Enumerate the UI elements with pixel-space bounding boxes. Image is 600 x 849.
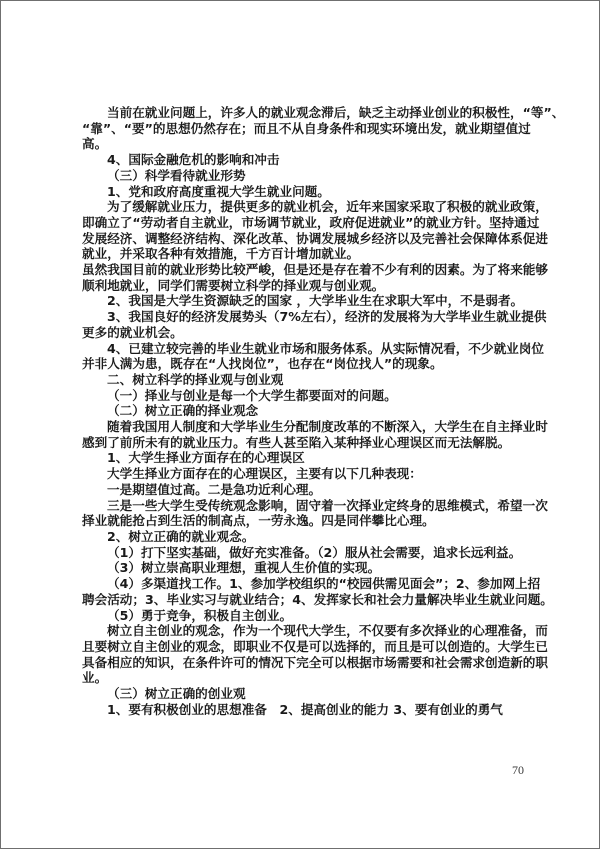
text-line: 2、我国是大学生资源缺乏的国家 ，大学毕业生在求职大军中，不是弱者。 xyxy=(82,293,528,309)
text-line: 三是一些大学生受传统观念影响，固守着一次择业定终身的思维模式，希望一次 xyxy=(82,498,528,514)
text-line: 树立自主创业的观念，作为一个现代大学生，不仅要有多次择业的心理准备，而 xyxy=(82,623,528,639)
text-line: 1、要有积极创业的思想准备 2、提高创业的能力 3、要有创业的勇气 xyxy=(82,702,528,718)
text-line: 一是期望值过高。二是急功近利心理。 xyxy=(82,482,528,498)
document-page: 当前在就业问题上，许多人的就业观念滞后，缺乏主动择业创业的积极性，“等”、“靠”… xyxy=(0,0,600,849)
text-line: 就业，并采取各种有效措施，千方百计增加就业。 xyxy=(82,246,528,262)
text-line: 4、已建立较完善的毕业生就业市场和服务体系。从实际情况看，不少就业岗位 xyxy=(82,341,528,357)
text-line: （三）科学看待就业形势 xyxy=(82,168,528,184)
text-line: 择业就能抢占到生活的制高点，一劳永逸。四是同伴攀比心理。 xyxy=(82,513,528,529)
text-line: 发展经济、调整经济结构、深化改革、协调发展城乡经济以及完善社会保障体系促进 xyxy=(82,231,528,247)
text-line: 随着我国用人制度和大学毕业生分配制度改革的不断深入，大学生在自主择业时 xyxy=(82,419,528,435)
text-line: （5）勇于竞争，积极自主创业。 xyxy=(82,608,528,624)
text-line: 并非人满为患，既存在“人找岗位”，也存在“岗位找人”的现象。 xyxy=(82,356,528,372)
text-line: 4、国际金融危机的影响和冲击 xyxy=(82,152,528,168)
text-line: （3）树立崇高职业理想，重视人生价值的实现。 xyxy=(82,560,528,576)
text-line: 聘会活动；3、毕业实习与就业结合；4、发挥家长和社会力量解决毕业生就业问题。 xyxy=(82,592,528,608)
text-line: 为了缓解就业压力，提供更多的就业机会，近年来国家采取了积极的就业政策， xyxy=(82,199,528,215)
text-line: （1）打下坚实基础，做好充实准备。（2）服从社会需要，追求长远利益。 xyxy=(82,545,528,561)
text-line: 1、党和政府高度重视大学生就业问题。 xyxy=(82,184,528,200)
text-line: （4）多渠道找工作。1、参加学校组织的“校园供需见面会”；2、参加网上招 xyxy=(82,576,528,592)
text-line: 当前在就业问题上，许多人的就业观念滞后，缺乏主动择业创业的积极性，“等”、 xyxy=(82,105,528,121)
text-line: 3、我国良好的经济发展势头（7%左右），经济的发展将为大学毕业生就业提供 xyxy=(82,309,528,325)
text-line: 二、树立科学的择业观与创业观 xyxy=(82,372,528,388)
text-line: 具备相应的知识，在条件许可的情况下完全可以根据市场需要和社会需求创造新的职 xyxy=(82,655,528,671)
page-number: 70 xyxy=(512,763,524,778)
text-line: 即确立了“劳动者自主就业，市场调节就业，政府促进就业”的就业方针。坚持通过 xyxy=(82,215,528,231)
text-line: 业。 xyxy=(82,670,528,686)
text-block: 当前在就业问题上，许多人的就业观念滞后，缺乏主动择业创业的积极性，“等”、“靠”… xyxy=(82,105,528,717)
text-line: 大学生择业方面存在的心理误区，主要有以下几种表现： xyxy=(82,466,528,482)
text-line: 顺利地就业，同学们需要树立科学的择业观与创业观。 xyxy=(82,278,528,294)
text-line: （三）树立正确的创业观 xyxy=(82,686,528,702)
text-line: 高。 xyxy=(82,136,528,152)
text-line: 且要树立自主创业的观念，即职业不仅是可以选择的，而且是可以创造的。大学生已 xyxy=(82,639,528,655)
text-line: 2、树立正确的就业观念。 xyxy=(82,529,528,545)
text-line: （二）树立正确的择业观念 xyxy=(82,403,528,419)
text-line: 1、大学生择业方面存在的心理误区 xyxy=(82,450,528,466)
text-line: 感到了前所未有的就业压力。有些人甚至陷入某种择业心理误区而无法解脱。 xyxy=(82,435,528,451)
text-line: 更多的就业机会。 xyxy=(82,325,528,341)
text-line: 虽然我国目前的就业形势比较严峻，但是还是存在着不少有利的因素。为了将来能够 xyxy=(82,262,528,278)
text-line: （一）择业与创业是每一个大学生都要面对的问题。 xyxy=(82,388,528,404)
text-line: “靠”、“要”的思想仍然存在；而且不从自身条件和现实环境出发，就业期望值过 xyxy=(82,121,528,137)
